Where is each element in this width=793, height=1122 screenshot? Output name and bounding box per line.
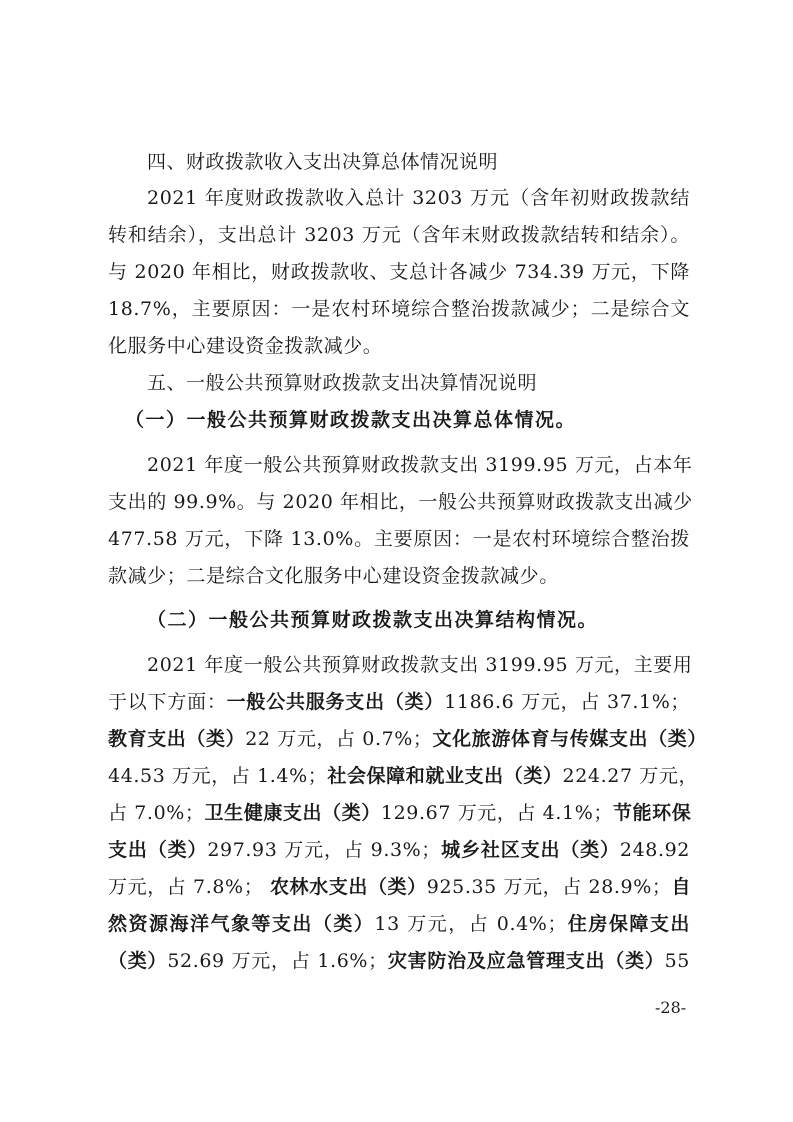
- structure-line-8: （类）52.69 万元，占 1.6%；灾害防治及应急管理支出（类）55: [108, 946, 690, 976]
- category-label: 城乡社区支出（类）: [441, 839, 620, 861]
- category-label: 文化旅游体育与传媒支出（类）: [433, 728, 707, 750]
- amount-text: 占 7.0%；: [108, 802, 205, 824]
- structure-line-3: 44.53 万元，占 1.4%；社会保障和就业支出（类）224.27 万元，: [108, 761, 690, 791]
- amount-text: 297.93 万元，占 9.3%；: [207, 839, 441, 861]
- category-label: 灾害防治及应急管理支出（类）: [388, 950, 665, 972]
- category-label: 卫生健康支出（类）: [205, 802, 381, 824]
- amount-text: 925.35 万元，占 28.9%；: [427, 876, 672, 898]
- amount-text: 248.92: [620, 839, 690, 861]
- amount-text: 224.27 万元，: [563, 765, 699, 787]
- subsection-1-line-1: 2021 年度一般公共预算财政拨款支出 3199.95 万元，占本年: [147, 450, 690, 480]
- structure-line-4: 占 7.0%；卫生健康支出（类）129.67 万元，占 4.1%；节能环保: [108, 798, 690, 828]
- amount-text: 55: [665, 950, 690, 972]
- document-page: 四、财政拨款收入支出决算总体情况说明 2021 年度财政拨款收入总计 3203 …: [0, 0, 793, 1122]
- structure-line-7: 然资源海洋气象等支出（类）13 万元，占 0.4%；住房保障支出: [108, 909, 690, 939]
- amount-text: 129.67 万元，占 4.1%；: [381, 802, 613, 824]
- amount-text: 于以下方面：: [108, 691, 227, 713]
- category-label: 农林水支出（类）: [270, 876, 427, 898]
- structure-line-5: 支出（类）297.93 万元，占 9.3%；城乡社区支出（类）248.92: [108, 835, 690, 865]
- amount-text: 44.53 万元，占 1.4%；: [108, 765, 327, 787]
- category-label: 然资源海洋气象等支出（类）: [108, 913, 374, 935]
- category-label: 自: [672, 876, 692, 898]
- category-label: （类）: [108, 950, 167, 972]
- structure-line-6: 万元，占 7.8%； 农林水支出（类）925.35 万元，占 28.9%；自: [108, 872, 690, 902]
- category-label: 节能环保: [613, 802, 691, 824]
- amount-text: 万元，占 7.8%；: [108, 876, 270, 898]
- section-4-line-5: 化服务中心建设资金拨款减少。: [108, 331, 690, 361]
- category-label: 社会保障和就业支出（类）: [327, 765, 562, 787]
- structure-line-2: 教育支出（类）22 万元，占 0.7%；文化旅游体育与传媒支出（类）: [108, 724, 690, 754]
- section-5-heading: 五、一般公共预算财政拨款支出决算情况说明: [147, 368, 690, 398]
- subsection-1-line-4: 款减少；二是综合文化服务中心建设资金拨款减少。: [108, 561, 690, 591]
- amount-text: 52.69 万元，占 1.6%；: [167, 950, 387, 972]
- amount-text: 22 万元，占 0.7%；: [245, 728, 432, 750]
- category-label: 教育支出（类）: [108, 728, 245, 750]
- category-label: 住房保障支出: [567, 913, 690, 935]
- category-label: 一般公共服务支出（类）: [227, 691, 445, 713]
- section-4-heading: 四、财政拨款收入支出决算总体情况说明: [147, 147, 690, 177]
- subsection-1-line-3: 477.58 万元，下降 13.0%。主要原因：一是农村环境综合整治拨: [108, 524, 690, 554]
- section-4-line-3: 与 2020 年相比，财政拨款收、支总计各减少 734.39 万元，下降: [108, 257, 690, 287]
- subsection-2-intro: 2021 年度一般公共预算财政拨款支出 3199.95 万元，主要用: [147, 650, 690, 680]
- amount-text: 13 万元，占 0.4%；: [374, 913, 567, 935]
- subsection-1-line-2: 支出的 99.9%。与 2020 年相比，一般公共预算财政拨款支出减少: [108, 487, 690, 517]
- structure-line-1: 于以下方面：一般公共服务支出（类）1186.6 万元，占 37.1%；: [108, 687, 690, 717]
- subsection-1-heading: （一）一般公共预算财政拨款支出决算总体情况。: [125, 405, 690, 435]
- subsection-2-heading: （二）一般公共预算财政拨款支出决算结构情况。: [147, 605, 690, 635]
- section-4-line-2: 转和结余），支出总计 3203 万元（含年末财政拨款结转和结余）。: [108, 220, 690, 250]
- page-number: -28-: [655, 998, 686, 1018]
- category-label: 支出（类）: [108, 839, 207, 861]
- amount-text: 1186.6 万元，占 37.1%；: [444, 691, 690, 713]
- section-4-line-4: 18.7%，主要原因：一是农村环境综合整治拨款减少；二是综合文: [108, 294, 690, 324]
- section-4-line-1: 2021 年度财政拨款收入总计 3203 万元（含年初财政拨款结: [147, 183, 690, 213]
